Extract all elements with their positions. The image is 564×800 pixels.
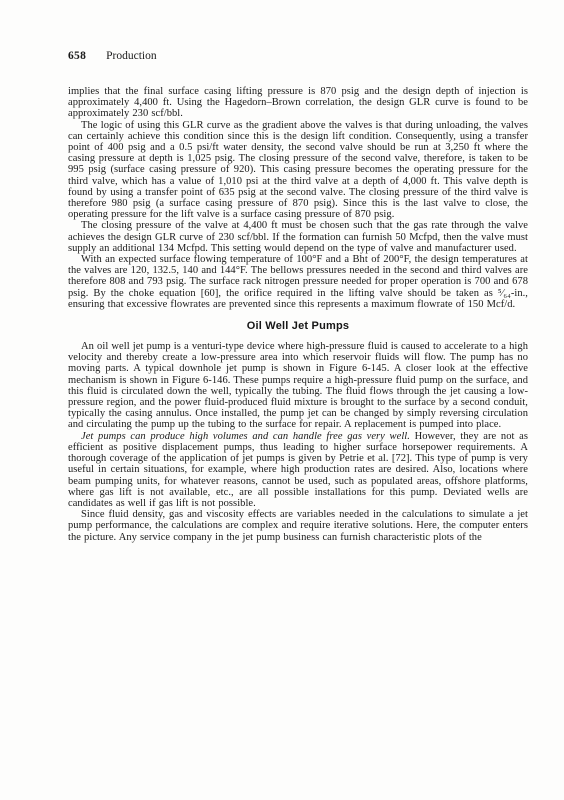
paragraph: An oil well jet pump is a venturi-type d… <box>68 341 528 431</box>
running-head: 658 Production <box>68 50 528 62</box>
body-text: implies that the final surface casing li… <box>68 86 528 543</box>
book-page: 658 Production implies that the final su… <box>0 0 564 800</box>
italic-lead-sentence: Jet pumps can produce high volumes and c… <box>81 431 410 442</box>
chapter-title: Production <box>106 50 156 62</box>
paragraph: With an expected surface flowing tempera… <box>68 254 528 310</box>
section-heading: Oil Well Jet Pumps <box>68 320 528 332</box>
page-number: 658 <box>68 50 86 62</box>
text-block: 658 Production implies that the final su… <box>68 50 528 543</box>
paragraph: The closing pressure of the valve at 4,4… <box>68 220 528 254</box>
paragraph: The logic of using this GLR curve as the… <box>68 120 528 221</box>
paragraph: implies that the final surface casing li… <box>68 86 528 120</box>
paragraph: Jet pumps can produce high volumes and c… <box>68 431 528 509</box>
paragraph: Since fluid density, gas and viscosity e… <box>68 509 528 543</box>
